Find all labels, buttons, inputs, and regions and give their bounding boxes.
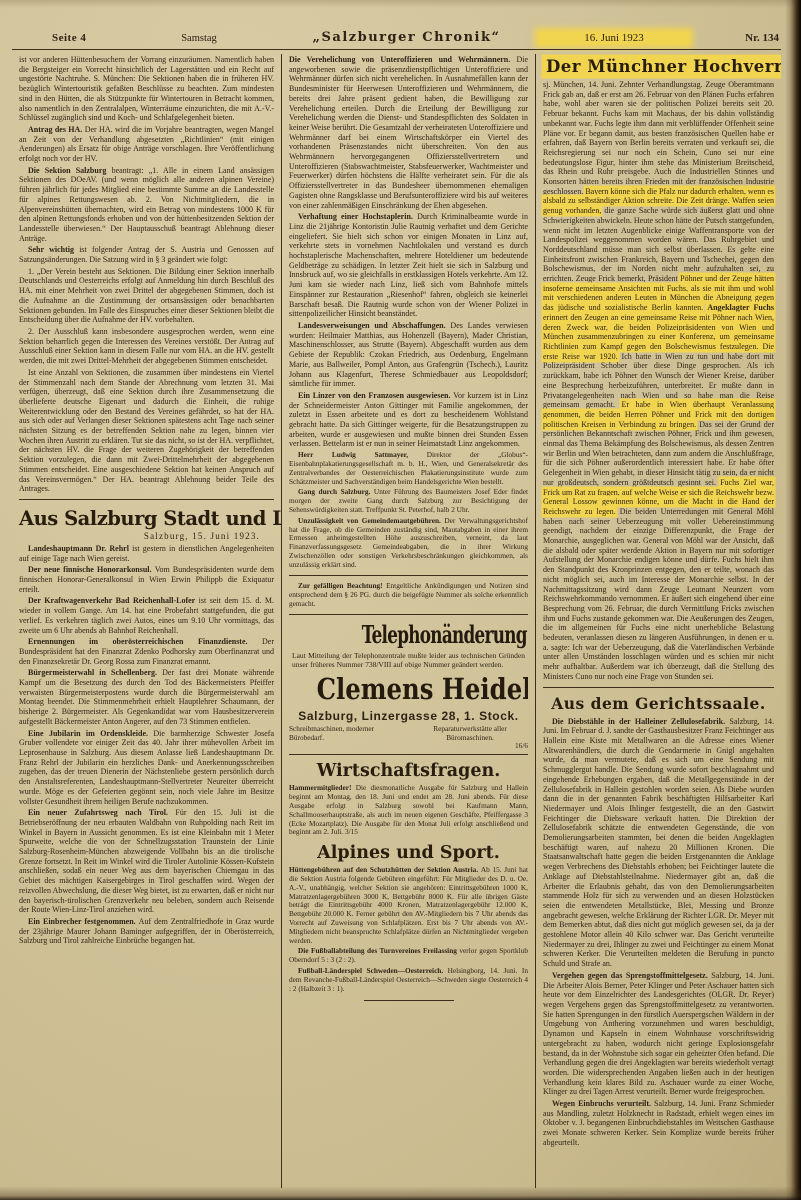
article-lead: Hüttengebühren auf den Schutzhütten der … — [289, 865, 481, 874]
article-segment: Das sei der Grund der persönlichen Bekan… — [543, 420, 774, 487]
article-segment: sj. München, 14. Juni. Zehnter Verhandlu… — [543, 80, 774, 196]
article-paragraph: Vergehen gegen das Sprengstoffmittelgese… — [543, 971, 774, 1097]
article-paragraph: Die Sektion Salzburg beantragt: „1. Alle… — [19, 166, 274, 244]
article-text: beantragt: „1. Alle in einem Land ansäss… — [19, 166, 274, 243]
article-paragraph: Zur gefälligen Beachtung! Entgeltliche A… — [289, 582, 528, 608]
article-lead: Ernennungen im oberösterreichischen Fina… — [28, 637, 262, 646]
article-lead: Wegen Einbruchs verurteilt. — [552, 1099, 654, 1108]
article-lead: Zur gefälligen Beachtung! — [298, 581, 386, 590]
page-number-label: Seite 4 — [14, 32, 124, 44]
newspaper-page: Seite 4 Samstag „Salzburger Chronik“ 16.… — [0, 0, 801, 1200]
column-1: ist vor anderen Hüttenbesuchern der Vorr… — [12, 54, 282, 1188]
article-paragraph: Verhaftung einer Hochstaplerin. Durch Kr… — [289, 212, 528, 319]
divider-rule — [289, 575, 528, 576]
day-label: Samstag — [124, 33, 274, 44]
issue-number: Nr. 134 — [689, 32, 779, 44]
article-paragraph: 1. „Der Verein besteht aus Sektionen. Di… — [19, 267, 274, 325]
section-heading: Der Münchner Hochverratsprozeß. — [543, 57, 774, 76]
divider-rule — [289, 614, 528, 615]
article-paragraph: ist vor anderen Hüttenbesuchern der Vorr… — [19, 55, 274, 123]
columns-container: ist vor anderen Hüttenbesuchern der Vorr… — [12, 54, 781, 1188]
dateline: Salzburg, 15. Juni 1923. — [19, 531, 260, 541]
header-divider — [12, 49, 781, 50]
article-segment: Die beiden Unterredungen mit General Möh… — [543, 507, 774, 681]
article-lead: Bürgermeisterwahl in Schellenberg. — [28, 668, 162, 677]
ad-headline: Telephonänderung auf Nr. 857 Stelle 8 — [289, 620, 528, 649]
article-paragraph: Hüttengebühren auf den Schutzhütten der … — [289, 866, 528, 945]
article-paragraph: Bürgermeisterwahl in Schellenberg. Der f… — [19, 668, 274, 726]
column-2: Die Verehelichung von Unteroffizieren un… — [282, 54, 536, 1188]
section-heading-text: Wirtschaftsfragen. — [317, 761, 501, 781]
article-lead: Der Kraftwagenverkehr Bad Reichenhall-Lo… — [28, 596, 199, 605]
article-text: Die diesmonatliche Ausgabe für Salzburg … — [289, 783, 528, 836]
article-lead: Der neue finnische Honorarkonsul. — [28, 565, 155, 574]
article-text: Salzburg, 14. Juni. Die Arbeiter Alois B… — [543, 971, 774, 1096]
article-paragraph: Antrag des HA. Der HA. wird die im Vorja… — [19, 125, 274, 164]
article-lead: Gang durch Salzburg. — [298, 487, 374, 496]
ad-service-right: Reparaturwerkstätte aller Büromaschinen. — [412, 725, 528, 743]
issue-date: 16. Juni 1923 — [539, 32, 689, 44]
article-paragraph: Landeshauptmann Dr. Rehrl ist gestern in… — [19, 544, 274, 563]
article-lead: Vergehen gegen das Sprengstoffmittelgese… — [552, 971, 711, 980]
article-text: Durch Kriminalbeamte wurde in Linz die 2… — [289, 212, 528, 318]
divider-rule — [289, 754, 528, 755]
paper-edge-bottom — [0, 1186, 801, 1200]
section-heading: Wirtschaftsfragen. — [289, 761, 528, 781]
ad-company-name: Clemens Heidel & Co — [289, 672, 528, 706]
section-heading-text: Der Münchner Hochverratsprozeß. — [543, 56, 781, 77]
divider-rule — [543, 687, 774, 688]
article-text: 1. „Der Verein besteht aus Sektionen. Di… — [19, 267, 274, 325]
article-paragraph: Hammermitglieder! Die diesmonatliche Aus… — [289, 784, 528, 837]
article-lead: Die Verehelichung von Unteroffizieren un… — [289, 55, 516, 64]
article-text: 2. Der Ausschluß kann insbesondere ausge… — [19, 327, 274, 365]
article-text: Des Landes verwiesen wurden: Heilmaier M… — [289, 321, 528, 388]
article-lead: Herr Ludwig Sattmayer, — [298, 450, 427, 459]
divider-rule — [19, 499, 274, 500]
section-heading: Aus Salzburg Stadt und Land. — [19, 507, 274, 530]
article-paragraph: Ernennungen im oberösterreichischen Fina… — [19, 637, 274, 666]
article-paragraph: Ein Einbrecher festgenommen. Auf dem Zen… — [19, 917, 274, 946]
article-paragraph: Eine Jubilarin im Ordenskleide. Die barm… — [19, 729, 274, 807]
article-paragraph: Fußball-Länderspiel Schweden—Oesterreich… — [289, 967, 528, 993]
ad-company-text: Clemens Heidel & Co — [317, 672, 528, 706]
ad-service-left: Schreibmaschinen, moderner Bürobedarf. — [289, 725, 404, 743]
article-paragraph: Gang durch Salzburg. Unter Führung des B… — [289, 488, 528, 514]
ad-note: Laut Mitteilung der Telephonzentrale muß… — [292, 651, 525, 669]
article-lead: Fußball-Länderspiel Schweden—Oesterreich… — [298, 966, 448, 975]
article-paragraph: Ein neuer Zufahrtsweg nach Tirol. Für de… — [19, 808, 274, 915]
article-lead: Ein neuer Zufahrtsweg nach Tirol. — [28, 808, 175, 817]
article-lead: Landesverweisungen und Abschaffungen. — [298, 321, 450, 330]
section-heading-text: Aus dem Gerichtssaale. — [551, 694, 766, 713]
article-paragraph: Ein Linzer von den Franzosen ausgewiesen… — [289, 391, 528, 449]
article-body: sj. München, 14. Juni. Zehnter Verhandlu… — [543, 80, 774, 682]
article-text: Ab 15. Juni hat die Sektion Austria folg… — [289, 865, 528, 944]
article-lead: Die Fußballabteilung des Turnvereines Fr… — [298, 946, 459, 955]
ad-services: Schreibmaschinen, moderner Bürobedarf.Re… — [289, 725, 528, 743]
section-heading: Aus dem Gerichtssaale. — [543, 694, 774, 713]
article-text: Die angeworbenen sowie die präsenzdienst… — [289, 55, 528, 210]
masthead-title: „Salzburger Chronik“ — [274, 30, 539, 45]
article-paragraph: Sehr wichtig ist folgender Antrag der S.… — [19, 245, 274, 264]
page-header: Seite 4 Samstag „Salzburger Chronik“ 16.… — [14, 30, 779, 45]
article-text: Der Verwaltungsgerichtshof hat die Frage… — [289, 516, 528, 569]
article-paragraph: Der neue finnische Honorarkonsul. Vom Bu… — [19, 565, 274, 594]
article-text: Die barmherzige Schwester Josefa Gruber … — [19, 729, 274, 806]
section-heading: Alpines und Sport. — [289, 843, 528, 863]
ad-reference-number: 16/6 — [289, 741, 528, 750]
paper-edge-top — [0, 0, 801, 8]
article-paragraph: Ist eine Anzahl von Sektionen, die zusam… — [19, 368, 274, 494]
article-paragraph: Landesverweisungen und Abschaffungen. De… — [289, 321, 528, 389]
article-lead: Landeshauptmann Dr. Rehrl — [28, 544, 132, 553]
advertisement: Telephonänderung auf Nr. 857 Stelle 8Lau… — [289, 620, 528, 751]
article-lead: Unzulässigkeit von Gemeindemautgebühren. — [298, 516, 444, 525]
article-paragraph: Unzulässigkeit von Gemeindemautgebühren.… — [289, 517, 528, 570]
article-lead: Ein Linzer von den Franzosen ausgewiesen… — [298, 391, 453, 400]
article-segment: die ganze Sache würde sich äußerst glatt… — [543, 206, 774, 283]
article-paragraph: Wegen Einbruchs verurteilt. Salzburg, 14… — [543, 1099, 774, 1148]
ad-headline-text: Telephonänderung auf Nr. 857 Stelle 8 — [362, 620, 528, 649]
article-lead: Hammermitglieder! — [289, 783, 356, 792]
section-heading-text: Alpines und Sport. — [317, 843, 500, 863]
section-heading-text: Aus Salzburg Stadt und Land. — [19, 507, 282, 530]
article-lead: Eine Jubilarin im Ordenskleide. — [28, 729, 153, 738]
column-3: Der Münchner Hochverratsprozeß.sj. Münch… — [536, 54, 781, 1188]
article-paragraph: Die Verehelichung von Unteroffizieren un… — [289, 55, 528, 210]
paper-edge-right — [785, 0, 801, 1200]
article-lead: Ein Einbrecher festgenommen. — [28, 917, 139, 926]
article-lead: Sehr wichtig — [28, 245, 79, 254]
ad-address: Salzburg, Linzergasse 28, 1. Stock. — [289, 709, 528, 723]
divider-rule — [364, 1000, 454, 1001]
article-lead: Antrag des HA. — [28, 125, 85, 134]
article-text: ist vor anderen Hüttenbesuchern der Vorr… — [19, 55, 274, 122]
article-text: Salzburg, 14. Juni. Im Februar d. J. san… — [543, 717, 774, 969]
article-paragraph: Die Fußballabteilung des Turnvereines Fr… — [289, 947, 528, 965]
article-segment: Angeklagter Fuchs — [707, 303, 774, 312]
article-lead: Verhaftung einer Hochstaplerin. — [298, 212, 417, 221]
article-paragraph: 2. Der Ausschluß kann insbesondere ausge… — [19, 327, 274, 366]
article-lead: Die Diebstähle in der Halleiner Zellulos… — [552, 717, 729, 726]
article-lead: Die Sektion Salzburg — [28, 166, 112, 175]
article-text: Ist eine Anzahl von Sektionen, die zusam… — [19, 368, 274, 493]
article-text: Für den 15. Juli ist die Betriebseröffnu… — [19, 808, 274, 914]
article-paragraph: Herr Ludwig Sattmayer, Direktor der „Glo… — [289, 451, 528, 486]
article-paragraph: Der Kraftwagenverkehr Bad Reichenhall-Lo… — [19, 596, 274, 635]
article-paragraph: Die Diebstähle in der Halleiner Zellulos… — [543, 717, 774, 969]
